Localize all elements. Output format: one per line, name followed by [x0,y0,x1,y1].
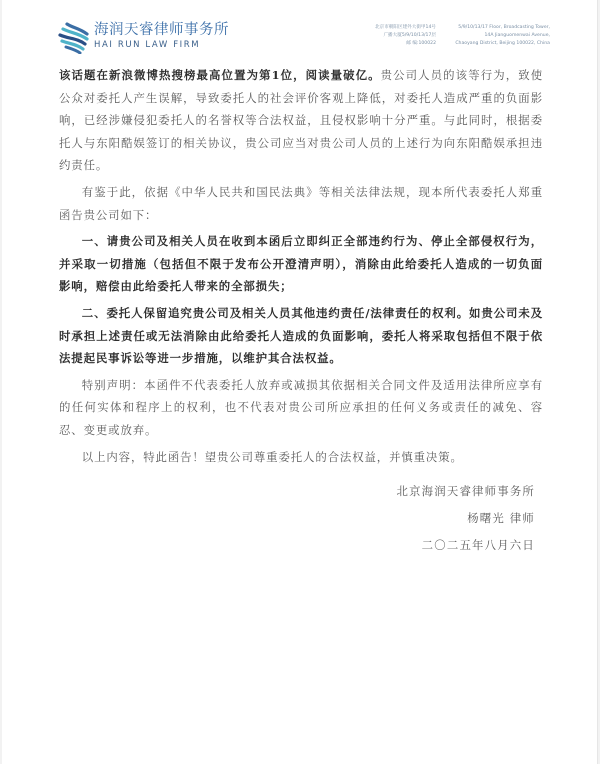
signature-lawyer: 杨曙光 律师 [397,505,536,532]
address-cn: 北京市朝阳区建外大街甲14号 广播大厦5/9/10/13/17层 邮 编:100… [340,24,436,48]
highlight-text: 该话题在新浪微博热搜榜最高位置为第1位，阅读量破亿。 [59,68,381,82]
signature-block: 北京海润天睿律师事务所 杨曙光 律师 二〇二五年八月六日 [397,478,536,559]
address-cn-line: 广播大厦5/9/10/13/17层 [340,32,436,40]
firm-logo-icon [57,20,91,54]
demand-item-2: 二、委托人保留追究贵公司及相关人员其他违约责任/法律责任的权利。如贵公司未及时承… [59,302,543,370]
paragraph-legal-basis: 有鉴于此，依据《中华人民共和国民法典》等相关法律法规，现本所代表委托人郑重函告贵… [59,181,543,226]
firm-name-en: HAI RUN LAW FIRM [94,40,200,50]
signature-date: 二〇二五年八月六日 [397,532,536,559]
letter-page: 海润天睿律师事务所 HAI RUN LAW FIRM 北京市朝阳区建外大街甲14… [2,0,598,764]
address-cn-line: 邮 编:100022 [340,40,436,48]
paragraph-impact: 该话题在新浪微博热搜榜最高位置为第1位，阅读量破亿。贵公司人员的该等行为，致使公… [59,64,543,177]
address-en: 5/9/10/13/17 Floor, Broadcasting Tower, … [442,24,550,48]
letter-body: 该话题在新浪微博热搜榜最高位置为第1位，阅读量破亿。贵公司人员的该等行为，致使公… [59,64,543,472]
special-statement: 特别声明：本函件不代表委托人放弃或减损其依据相关合同文件及适用法律所应享有的任何… [59,374,543,442]
address-en-line: 5/9/10/13/17 Floor, Broadcasting Tower, [442,24,550,32]
address-en-line: Chaoyang District, Beijing 100022, China [442,40,550,48]
signature-firm: 北京海润天睿律师事务所 [397,478,536,505]
address-en-line: 14A Jianguomenwai Avenue, [442,32,550,40]
paragraph-text: 贵公司人员的该等行为，致使公众对委托人产生误解，导致委托人的社会评价客观上降低，… [59,68,543,172]
closing-statement: 以上内容，特此函告！望贵公司尊重委托人的合法权益，并慎重决策。 [59,446,543,469]
demand-item-1: 一、请贵公司及相关人员在收到本函后立即纠正全部违约行为、停止全部侵权行为，并采取… [59,230,543,298]
address-cn-line: 北京市朝阳区建外大街甲14号 [340,24,436,32]
firm-name-cn: 海润天睿律师事务所 [94,22,229,38]
letterhead: 海润天睿律师事务所 HAI RUN LAW FIRM 北京市朝阳区建外大街甲14… [2,0,597,58]
